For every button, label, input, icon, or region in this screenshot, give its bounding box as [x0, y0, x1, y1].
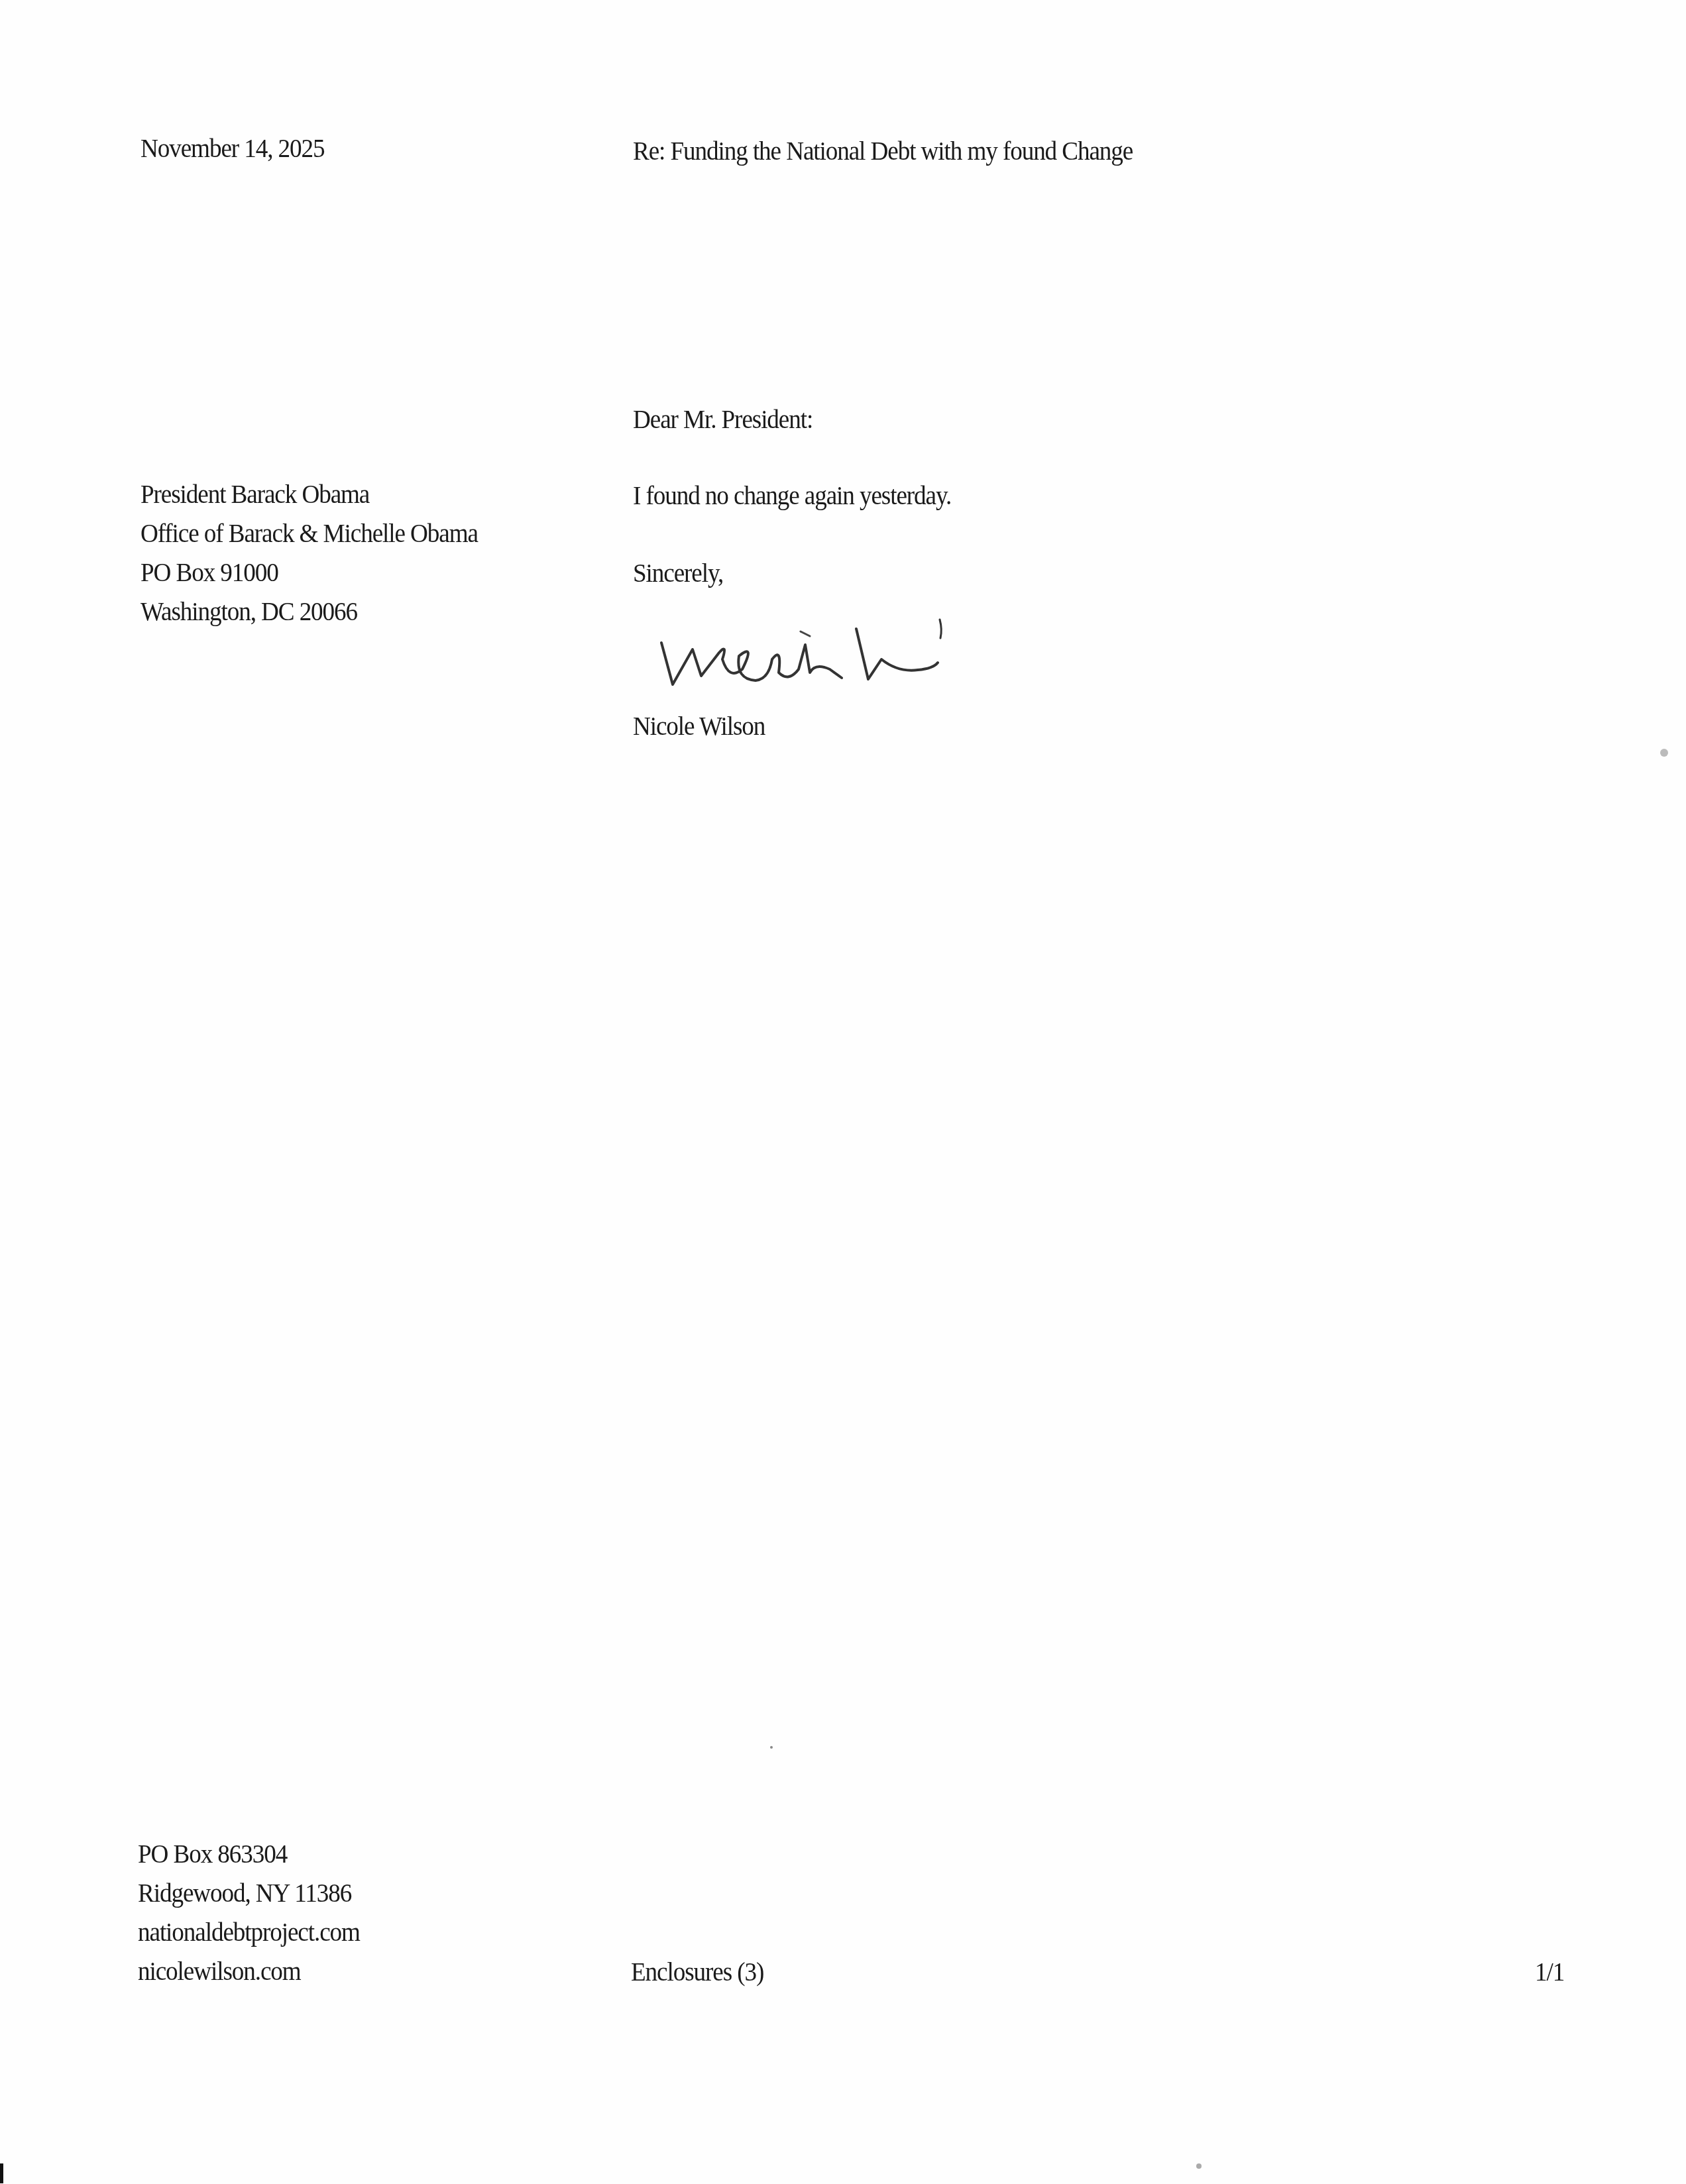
scan-edge-mark [0, 2163, 3, 2183]
sender-po-box: PO Box 863304 [138, 1841, 360, 1880]
closing: Sincerely, [633, 560, 723, 586]
enclosures-note: Enclosures (3) [631, 1959, 763, 1985]
recipient-po-box: PO Box 91000 [140, 559, 478, 598]
sender-website-personal: nicolewilson.com [138, 1958, 360, 1997]
sender-website-project: nationaldebtproject.com [138, 1919, 360, 1958]
scan-speck [1196, 2163, 1202, 2169]
sender-address: PO Box 863304 Ridgewood, NY 11386 nation… [138, 1841, 360, 1997]
letter-body: I found no change again yesterday. [633, 482, 951, 509]
page-number: 1/1 [1535, 1959, 1564, 1985]
signature-icon [656, 606, 974, 692]
letter-page: November 14, 2025 Re: Funding the Nation… [0, 0, 1686, 2184]
recipient-name: President Barack Obama [140, 481, 478, 520]
recipient-city: Washington, DC 20066 [140, 598, 478, 637]
recipient-address: President Barack Obama Office of Barack … [140, 481, 478, 637]
salutation: Dear Mr. President: [633, 406, 813, 433]
signer-name: Nicole Wilson [633, 713, 765, 739]
sender-city: Ridgewood, NY 11386 [138, 1880, 360, 1919]
letter-subject: Re: Funding the National Debt with my fo… [633, 138, 1133, 164]
letter-date: November 14, 2025 [140, 135, 325, 162]
scan-speck [1660, 749, 1668, 757]
scan-speck [770, 1746, 773, 1749]
recipient-office: Office of Barack & Michelle Obama [140, 520, 478, 559]
